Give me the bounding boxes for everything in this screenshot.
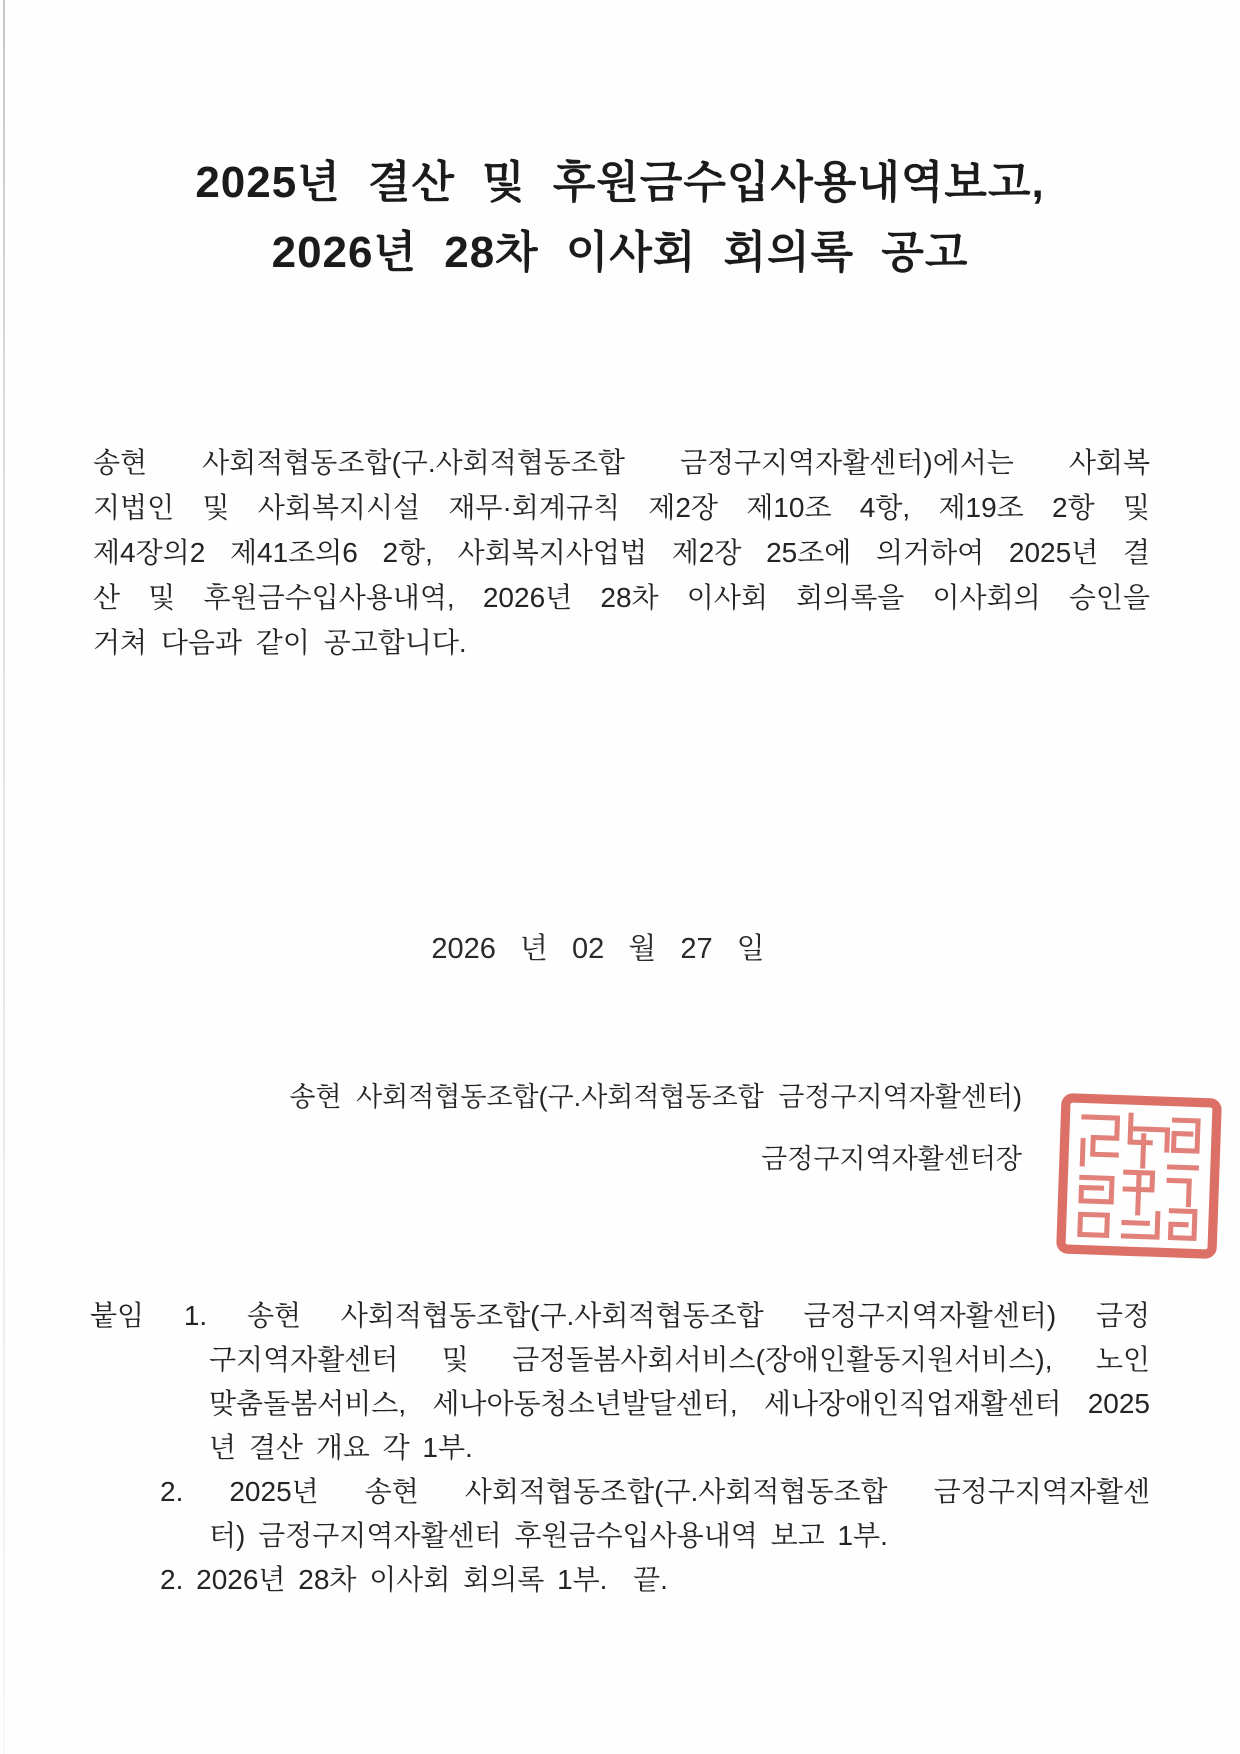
attachment-line: 년 결산 개요 각 1부. [90,1426,1150,1470]
title-line-1: 2025년 결산 및 후원금수입사용내역보고, [0,148,1240,218]
attachments-list: 붙임 1. 송현 사회적협동조합(구.사회적협동조합 금정구지역자활센터) 금정… [90,1294,1150,1602]
title-line-2: 2026년 28차 이사회 회의록 공고 [0,218,1240,288]
body-line: 거쳐 다음과 같이 공고합니다. [93,620,1150,665]
announcement-date: 2026 년 02 월 27 일 [0,926,1240,967]
body-line: 지법인 및 사회복지시설 재무·회계규칙 제2장 제10조 4항, 제19조 2… [93,485,1150,530]
official-seal-stamp-icon [1047,1089,1231,1263]
body-line: 산 및 후원금수입사용내역, 2026년 28차 이사회 회의록을 이사회의 승… [93,575,1150,620]
attachment-line: 붙임 1. 송현 사회적협동조합(구.사회적협동조합 금정구지역자활센터) 금정 [90,1294,1150,1338]
signature-block: 송현 사회적협동조합(구.사회적협동조합 금정구지역자활센터) 금정구지역자활센… [0,1080,1022,1176]
attachment-line: 맞춤돌봄서비스, 세나아동청소년발달센터, 세나장애인직업재활센터 2025 [90,1382,1150,1426]
body-line: 송현 사회적협동조합(구.사회적협동조합 금정구지역자활센터)에서는 사회복 [93,440,1150,485]
attachment-line: 터) 금정구지역자활센터 후원금수입사용내역 보고 1부. [90,1514,1150,1558]
document-title: 2025년 결산 및 후원금수입사용내역보고, 2026년 28차 이사회 회의… [0,148,1240,288]
attachment-line: 구지역자활센터 및 금정돌봄사회서비스(장애인활동지원서비스), 노인 [90,1338,1150,1382]
signature-org-name: 송현 사회적협동조합(구.사회적협동조합 금정구지역자활센터) [0,1080,1022,1114]
attachment-line: 2. 2026년 28차 이사회 회의록 1부. 끝. [90,1558,1150,1602]
attachment-line: 2. 2025년 송현 사회적협동조합(구.사회적협동조합 금정구지역자활센 [90,1470,1150,1514]
document-page: 2025년 결산 및 후원금수입사용내역보고, 2026년 28차 이사회 회의… [0,0,1240,1754]
announcement-body: 송현 사회적협동조합(구.사회적협동조합 금정구지역자활센터)에서는 사회복 지… [93,440,1150,665]
signature-title: 금정구지역자활센터장 [0,1142,1022,1176]
body-line: 제4장의2 제41조의6 2항, 사회복지사업법 제2장 25조에 의거하여 2… [93,530,1150,575]
